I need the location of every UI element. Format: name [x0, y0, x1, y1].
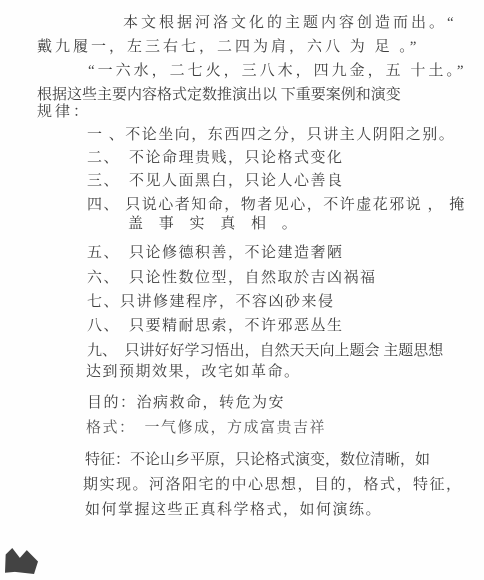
intro-line: 根据这些主要内容格式定数推演出以 下重要案例和演变	[37, 87, 401, 104]
rule-line: 二、 不论命理贵贱，只论格式变化	[87, 150, 344, 167]
rule-line: 九、 只讲好好学习悟出，自然天天向上题会 主题思想	[87, 343, 443, 360]
intro-line: 戴九履一，左三右七，二四为肩，六八 为 足 。”	[37, 39, 419, 56]
intro-line: 本文根据河洛文化的主题内容创造而出。“	[123, 15, 457, 32]
format-line: 格式： 一气修成，方成富贵吉祥	[86, 420, 326, 437]
rule-wrap-line: 盖 事 实 真 相 。	[128, 216, 303, 233]
rule-line: 一 、不论坐向，东西四之分，只讲主人阴阳之别。	[87, 127, 455, 144]
feature-line: 期实现。河洛阳宅的中心思想，目的，格式，特征，	[83, 477, 463, 494]
scan-artifact-mark	[5, 548, 38, 574]
rule-line: 三、 不见人面黑白，只论人心善良	[87, 173, 344, 190]
feature-line: 如何掌握这些正真科学格式，如何演练。	[85, 502, 382, 519]
document-page: 本文根据河洛文化的主题内容创造而出。“ 戴九履一，左三右七，二四为肩，六八 为 …	[0, 0, 484, 580]
rule-wrap-line: 达到预期效果，改宅如革命。	[86, 364, 301, 381]
rule-line: 六、 只论性数位型，自然取於吉凶祸福	[87, 270, 377, 287]
rule-line: 七、只讲修建程序，不容凶砂来侵	[87, 294, 335, 311]
feature-line: 特征：不论山乡平原，只论格式演变，数位清晰，如	[85, 452, 430, 469]
intro-line: 规律：	[37, 104, 91, 121]
rule-line: 五、 只论修德积善，不论建造奢陋	[87, 245, 344, 262]
purpose-line: 目的：治病救命，转危为安	[87, 395, 285, 412]
rule-line: 八、 只要精耐思索，不许邪恶丛生	[87, 318, 344, 335]
rule-line: 四、 只说心者知命，物者见心，不许虚花邪说 ， 掩	[87, 197, 466, 214]
quote-line: “一六水，二七火，三八木，四九金，五 十土。”	[88, 63, 467, 80]
